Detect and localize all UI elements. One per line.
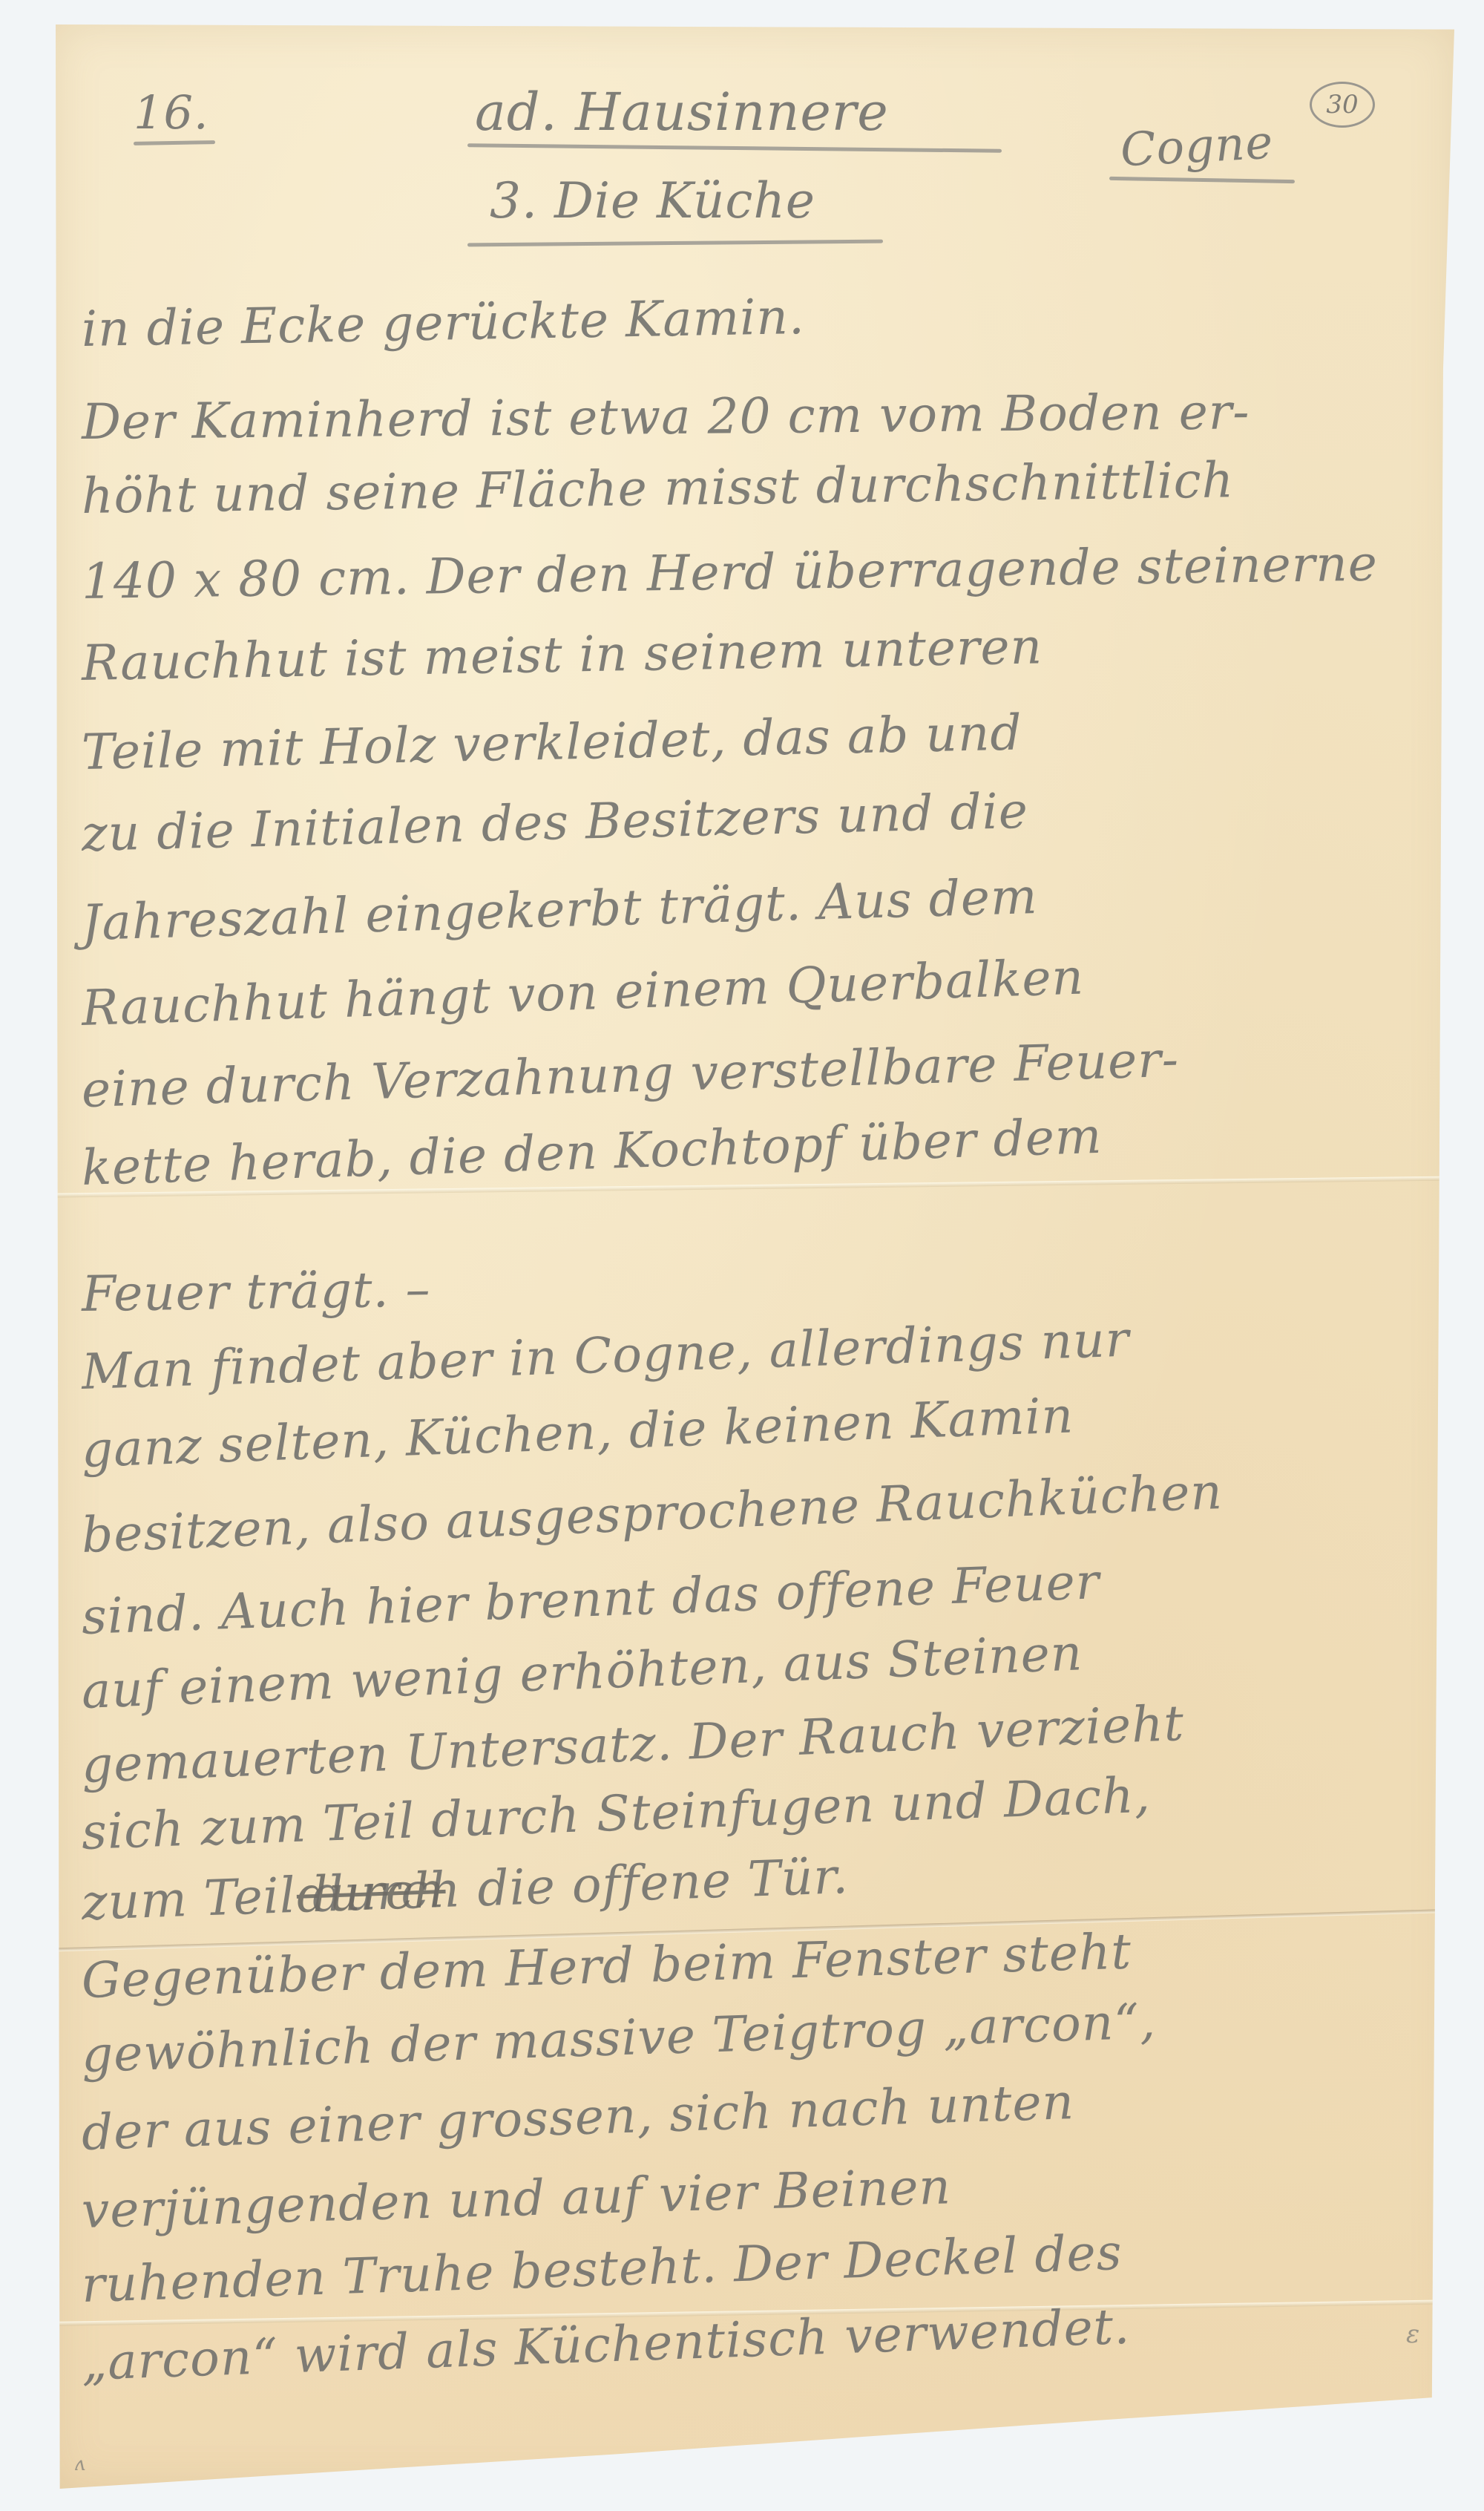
margin-mark: ε bbox=[1406, 2320, 1419, 2349]
struck-out-word: durch bbox=[295, 1862, 446, 1924]
folio-number: 30 bbox=[1310, 82, 1375, 128]
subsection-title: 3. Die Küche bbox=[490, 172, 815, 229]
margin-mark: ʌ bbox=[74, 2453, 85, 2475]
section-title: ad. Hausinnere bbox=[475, 82, 889, 143]
text-line: Der Kaminherd ist etwa 20 cm vom Boden e… bbox=[82, 383, 1250, 451]
text-line: Feuer trägt. – bbox=[81, 1260, 431, 1323]
page-number: 16. bbox=[134, 85, 209, 140]
place-label: Cogne bbox=[1119, 115, 1275, 177]
folio-number-text: 30 bbox=[1326, 90, 1358, 120]
